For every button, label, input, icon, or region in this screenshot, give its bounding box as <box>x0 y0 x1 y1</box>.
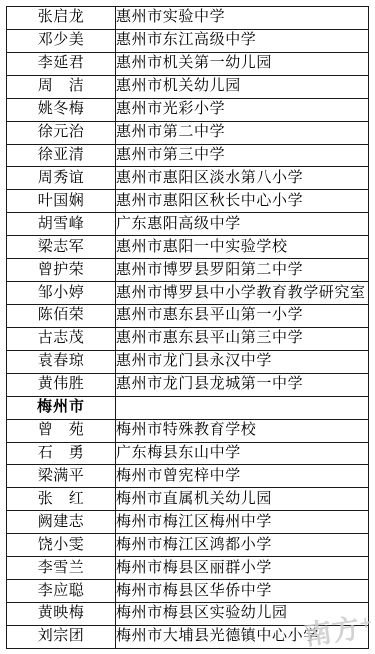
school-name: 惠州市博罗县罗阳第二中学 <box>116 259 369 282</box>
table-row: 袁春琼惠州市龙门县永汉中学 <box>7 350 369 373</box>
person-name: 周秀谊 <box>7 167 116 190</box>
table-row: 姚冬梅惠州市光彩小学 <box>7 98 369 121</box>
person-name: 周 洁 <box>7 75 116 98</box>
person-name: 姚冬梅 <box>7 98 116 121</box>
table-row: 叶国娴惠州市惠阳区秋长中心小学 <box>7 190 369 213</box>
person-name: 袁春琼 <box>7 350 116 373</box>
person-name: 黄伟胜 <box>7 373 116 396</box>
person-name: 徐元治 <box>7 121 116 144</box>
person-name: 邓少美 <box>7 29 116 52</box>
person-name: 阙建志 <box>7 511 116 534</box>
table-row: 黄映梅梅州市梅县区实验幼儿园 <box>7 602 369 625</box>
person-name: 张启龙 <box>7 7 116 30</box>
school-name: 惠州市光彩小学 <box>116 98 369 121</box>
school-name: 惠州市惠阳区淡水第八小学 <box>116 167 369 190</box>
person-name: 叶国娴 <box>7 190 116 213</box>
school-name: 梅州市梅县区实验幼儿园 <box>116 602 369 625</box>
person-name: 徐亚清 <box>7 144 116 167</box>
table-row: 陈佰荣惠州市惠东县平山第一小学 <box>7 304 369 327</box>
table-row: 黄伟胜惠州市龙门县龙城第一中学 <box>7 373 369 396</box>
table-row: 周秀谊惠州市惠阳区淡水第八小学 <box>7 167 369 190</box>
school-name: 梅州市梅江区梅州中学 <box>116 511 369 534</box>
school-name: 惠州市博罗县中小学教育教学研究室 <box>116 282 369 305</box>
person-name: 梁满平 <box>7 465 116 488</box>
person-name: 饶小雯 <box>7 534 116 557</box>
school-name <box>116 396 369 419</box>
table-row: 邹小婷惠州市博罗县中小学教育教学研究室 <box>7 282 369 305</box>
school-name: 梅州市梅江区鸿都小学 <box>116 534 369 557</box>
person-name: 曾 苑 <box>7 419 116 442</box>
person-name: 陈佰荣 <box>7 304 116 327</box>
table-row: 邓少美惠州市东江高级中学 <box>7 29 369 52</box>
school-name: 梅州市梅县区华侨中学 <box>116 580 369 603</box>
roster-table: 张启龙惠州市实验中学邓少美惠州市东江高级中学李延君惠州市机关第一幼儿园周 洁惠州… <box>6 6 369 649</box>
person-name: 古志茂 <box>7 327 116 350</box>
roster-table-body: 张启龙惠州市实验中学邓少美惠州市东江高级中学李延君惠州市机关第一幼儿园周 洁惠州… <box>7 7 369 649</box>
school-name: 梅州市直属机关幼儿园 <box>116 488 369 511</box>
table-row: 李雪兰梅州市梅县区丽群小学 <box>7 557 369 580</box>
person-name: 李应聪 <box>7 580 116 603</box>
person-name: 张 红 <box>7 488 116 511</box>
school-name: 惠州市机关第一幼儿园 <box>116 52 369 75</box>
table-row: 古志茂惠州市惠东县平山第三中学 <box>7 327 369 350</box>
table-row: 梁满平梅州市曾宪梓中学 <box>7 465 369 488</box>
table-row: 李应聪梅州市梅县区华侨中学 <box>7 580 369 603</box>
person-name: 邹小婷 <box>7 282 116 305</box>
school-name: 惠州市东江高级中学 <box>116 29 369 52</box>
person-name: 刘宗团 <box>7 625 116 648</box>
school-name: 惠州市龙门县永汉中学 <box>116 350 369 373</box>
table-row: 曾护荣惠州市博罗县罗阳第二中学 <box>7 259 369 282</box>
person-name: 黄映梅 <box>7 602 116 625</box>
table-row: 徐元治惠州市第二中学 <box>7 121 369 144</box>
section-row: 梅州市 <box>7 396 369 419</box>
school-name: 惠州市龙门县龙城第一中学 <box>116 373 369 396</box>
table-row: 张启龙惠州市实验中学 <box>7 7 369 30</box>
table-row: 李延君惠州市机关第一幼儿园 <box>7 52 369 75</box>
school-name: 惠州市机关幼儿园 <box>116 75 369 98</box>
person-name: 石 勇 <box>7 442 116 465</box>
school-name: 梅州市特殊教育学校 <box>116 419 369 442</box>
section-title: 梅州市 <box>7 396 116 419</box>
school-name: 梅州市大埔县光德镇中心小学 <box>116 625 369 648</box>
table-row: 刘宗团梅州市大埔县光德镇中心小学 <box>7 625 369 648</box>
school-name: 惠州市惠阳一中实验学校 <box>116 236 369 259</box>
school-name: 广东惠阳高级中学 <box>116 213 369 236</box>
school-name: 惠州市惠阳区秋长中心小学 <box>116 190 369 213</box>
school-name: 惠州市惠东县平山第三中学 <box>116 327 369 350</box>
table-row: 胡雪峰广东惠阳高级中学 <box>7 213 369 236</box>
person-name: 李延君 <box>7 52 116 75</box>
person-name: 李雪兰 <box>7 557 116 580</box>
table-row: 饶小雯梅州市梅江区鸿都小学 <box>7 534 369 557</box>
table-row: 石 勇广东梅县东山中学 <box>7 442 369 465</box>
school-name: 惠州市惠东县平山第一小学 <box>116 304 369 327</box>
table-row: 张 红梅州市直属机关幼儿园 <box>7 488 369 511</box>
person-name: 曾护荣 <box>7 259 116 282</box>
table-row: 徐亚清惠州市第三中学 <box>7 144 369 167</box>
table-row: 阙建志梅州市梅江区梅州中学 <box>7 511 369 534</box>
person-name: 胡雪峰 <box>7 213 116 236</box>
school-name: 梅州市梅县区丽群小学 <box>116 557 369 580</box>
table-row: 曾 苑梅州市特殊教育学校 <box>7 419 369 442</box>
school-name: 惠州市实验中学 <box>116 7 369 30</box>
school-name: 惠州市第三中学 <box>116 144 369 167</box>
table-row: 梁志军惠州市惠阳一中实验学校 <box>7 236 369 259</box>
table-row: 周 洁惠州市机关幼儿园 <box>7 75 369 98</box>
school-name: 广东梅县东山中学 <box>116 442 369 465</box>
school-name: 惠州市第二中学 <box>116 121 369 144</box>
school-name: 梅州市曾宪梓中学 <box>116 465 369 488</box>
document-page: 张启龙惠州市实验中学邓少美惠州市东江高级中学李延君惠州市机关第一幼儿园周 洁惠州… <box>0 0 375 654</box>
person-name: 梁志军 <box>7 236 116 259</box>
